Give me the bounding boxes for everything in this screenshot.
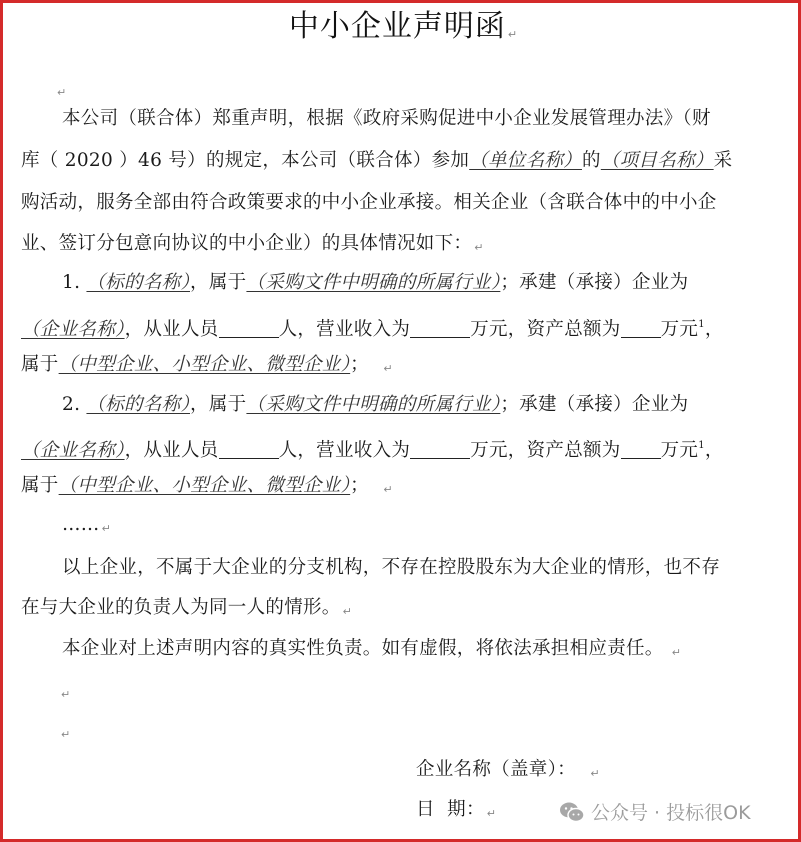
assets-blank[interactable]	[621, 319, 661, 338]
date-label: 日 期：↵	[416, 798, 496, 826]
item-text: ，	[705, 319, 724, 340]
watermark-text: 公众号 · 投标很OK	[591, 798, 751, 825]
empty-paragraph: ↵	[59, 719, 71, 747]
ellipsis-text: ……	[62, 514, 100, 535]
paragraph-mark-icon: ↵	[508, 28, 518, 41]
paragraph-mark-icon: ↵	[474, 241, 484, 254]
item-1-line-3: 属于（中型企业、小型企业、微型企业）； ↵	[21, 353, 393, 381]
item-text: 万元，资产总额为	[470, 440, 620, 461]
intro-text: 库（ 2020 ）46 号）的规定，本公司（联合体）参加	[21, 150, 469, 171]
unit-name-placeholder: （单位名称）	[469, 150, 582, 171]
item-text: ；	[350, 475, 369, 496]
enterprise-type-placeholder: （中型企业、小型企业、微型企业）	[59, 475, 351, 496]
footnote-marker: 1	[698, 440, 705, 451]
empty-paragraph: ↵	[59, 679, 71, 707]
company-seal-label: 企业名称（盖章）： ↵	[416, 758, 600, 786]
paragraph-mark-icon: ↵	[383, 483, 393, 496]
item-text: ，从业人员	[125, 319, 219, 340]
statement-text: 在与大企业的负责人为同一人的情形。	[21, 597, 341, 618]
subject-name-placeholder: （标的名称）	[86, 394, 190, 415]
document-page: 中小企业声明函↵ ↵ 本公司（联合体）郑重声明，根据《政府采购促进中小企业发展管…	[0, 0, 801, 842]
item-text: 万元	[661, 319, 699, 340]
item-text: ；	[350, 354, 369, 375]
item-text: 万元，资产总额为	[470, 319, 620, 340]
item-text: ，	[705, 440, 724, 461]
industry-placeholder: （采购文件中明确的所属行业）	[246, 394, 500, 415]
item-text: 人，营业收入为	[279, 319, 411, 340]
item-text: 属于	[21, 475, 59, 496]
project-name-placeholder: （项目名称）	[601, 150, 714, 171]
statement-line-2: 在与大企业的负责人为同一人的情形。↵	[21, 596, 352, 624]
item-text: 万元	[661, 440, 699, 461]
enterprise-type-placeholder: （中型企业、小型企业、微型企业）	[59, 354, 351, 375]
item-text: ，属于	[190, 272, 246, 293]
paragraph-mark-icon: ↵	[383, 362, 393, 375]
company-name-placeholder: （企业名称）	[21, 319, 125, 340]
staff-count-blank[interactable]	[219, 319, 279, 338]
paragraph-mark-icon: ↵	[487, 807, 497, 820]
item-text: 属于	[21, 354, 59, 375]
intro-text: 采	[714, 150, 733, 171]
assets-blank[interactable]	[621, 440, 661, 459]
document-title: 中小企业声明函↵	[3, 5, 801, 57]
item-2-line-1: 2. （标的名称），属于（采购文件中明确的所属行业）；承建（承接）企业为	[62, 393, 688, 417]
item-2-line-2: （企业名称），从业人员人，营业收入为万元，资产总额为万元1，	[21, 434, 724, 463]
intro-line-4: 业、签订分包意向协议的中小企业）的具体情况如下：↵	[21, 232, 484, 260]
wechat-icon	[559, 801, 585, 823]
revenue-blank[interactable]	[410, 440, 470, 459]
footnote-marker: 1	[698, 319, 705, 330]
paragraph-mark-icon: ↵	[61, 688, 71, 701]
item-text: ；承建（承接）企业为	[500, 272, 688, 293]
paragraph-mark-icon: ↵	[61, 728, 71, 741]
company-name-placeholder: （企业名称）	[21, 440, 125, 461]
paragraph-mark-icon: ↵	[57, 86, 67, 99]
item-number: 2.	[62, 394, 80, 415]
item-1-line-2: （企业名称），从业人员人，营业收入为万元，资产总额为万元1，	[21, 313, 724, 342]
responsibility-text: 本企业对上述声明内容的真实性负责。如有虚假，将依法承担相应责任。	[62, 638, 664, 659]
intro-line-3: 购活动，服务全部由符合政策要求的中小企业承接。相关企业（含联合体中的中小企	[21, 191, 717, 215]
paragraph-mark-icon: ↵	[672, 646, 682, 659]
staff-count-blank[interactable]	[219, 440, 279, 459]
item-2-line-3: 属于（中型企业、小型企业、微型企业）； ↵	[21, 474, 393, 502]
paragraph-mark-icon: ↵	[590, 767, 600, 780]
intro-text: 的	[582, 150, 601, 171]
item-1-line-1: 1. （标的名称），属于（采购文件中明确的所属行业）；承建（承接）企业为	[62, 271, 688, 295]
industry-placeholder: （采购文件中明确的所属行业）	[246, 272, 500, 293]
responsibility-line: 本企业对上述声明内容的真实性负责。如有虚假，将依法承担相应责任。 ↵	[62, 637, 681, 665]
paragraph-mark-icon: ↵	[102, 522, 112, 535]
watermark: 公众号 · 投标很OK	[559, 798, 751, 825]
title-text: 中小企业声明函	[289, 9, 506, 44]
revenue-blank[interactable]	[410, 319, 470, 338]
item-text: 人，营业收入为	[279, 440, 411, 461]
signature-text: 企业名称（盖章）：	[416, 759, 576, 780]
paragraph-mark-icon: ↵	[343, 605, 353, 618]
ellipsis-line: ……↵	[62, 513, 111, 541]
intro-line-1: 本公司（联合体）郑重声明，根据《政府采购促进中小企业发展管理办法》（财	[62, 107, 711, 131]
intro-line-2: 库（ 2020 ）46 号）的规定，本公司（联合体）参加（单位名称）的（项目名称…	[21, 149, 732, 173]
empty-paragraph: ↵	[55, 77, 67, 105]
signature-text: 日 期：	[416, 799, 485, 820]
item-text: ；承建（承接）企业为	[500, 394, 688, 415]
item-text: ，属于	[190, 394, 246, 415]
item-number: 1.	[62, 272, 80, 293]
item-text: ，从业人员	[125, 440, 219, 461]
statement-line-1: 以上企业，不属于大企业的分支机构，不存在控股股东为大企业的情形，也不存	[62, 556, 720, 580]
intro-text: 业、签订分包意向协议的中小企业）的具体情况如下：	[21, 233, 472, 254]
subject-name-placeholder: （标的名称）	[86, 272, 190, 293]
